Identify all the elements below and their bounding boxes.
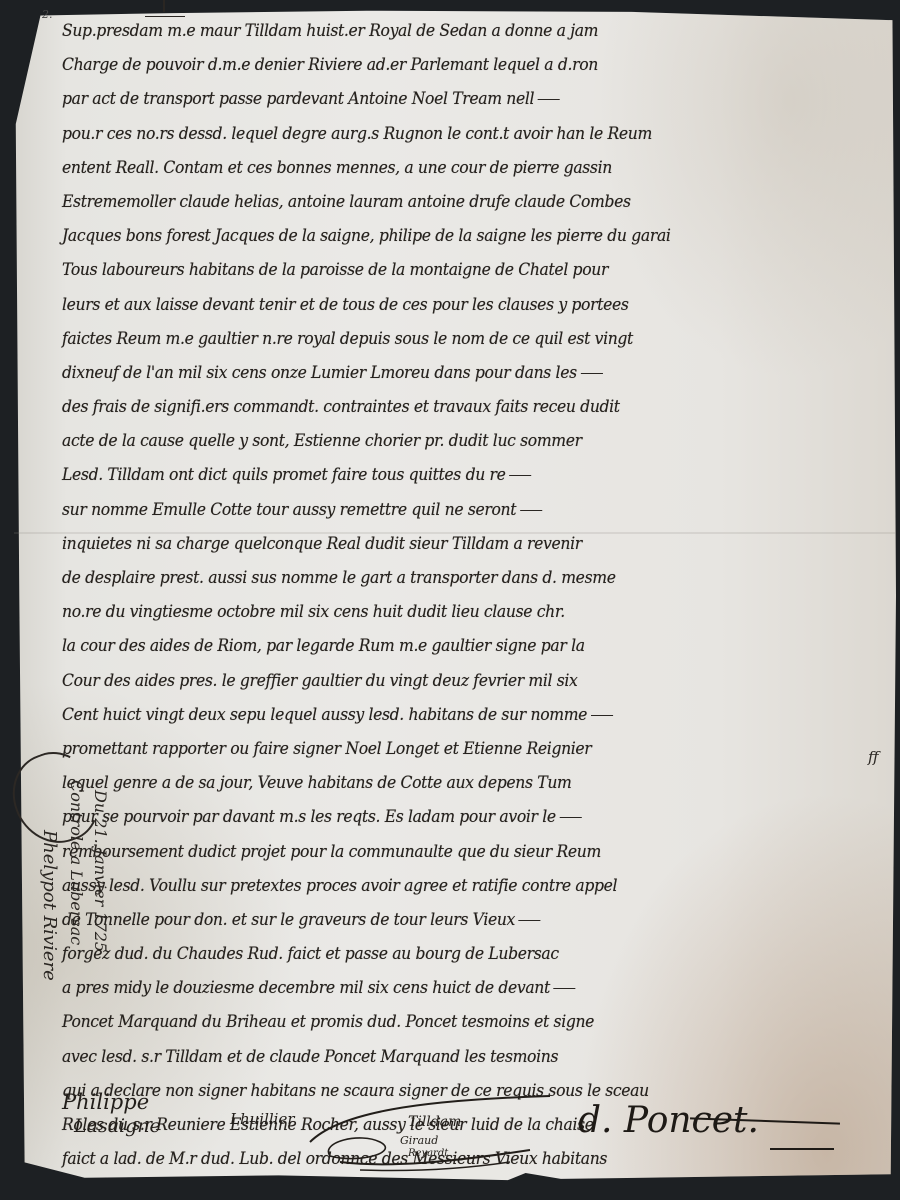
text-line: Charge de pouvoir d.m.e denier Riviere a… — [62, 48, 816, 82]
text-line: Sup.presdam m.e maur Tilldam huist.er Ro… — [62, 14, 816, 48]
text-line: Cour des aides pres. le greffier gaultie… — [62, 664, 816, 698]
text-line: des frais de signifi.ers commandt. contr… — [62, 390, 816, 424]
text-line: remboursement dudict projet pour la comm… — [62, 835, 816, 869]
text-line: sur nomme Emulle Cotte tour aussy remett… — [62, 493, 816, 527]
line-flourish — [580, 373, 602, 374]
text-line: de desplaire prest. aussi sus nomme le g… — [62, 561, 816, 595]
text-line: a pres midy le douziesme decembre mil si… — [62, 971, 816, 1005]
corner-note: 2. — [42, 8, 53, 21]
margin-line: Controle a Lubersac — [67, 780, 86, 945]
signature-flourish: Tilldam Giraud Reyardt — [300, 1092, 560, 1172]
text-line: avec lesd. s.r Tilldam et de claude Ponc… — [62, 1040, 816, 1074]
text-line: faictes Reum m.e gaultier n.re royal dep… — [62, 322, 816, 356]
text-line: lequel genre a de sa jour, Veuve habitan… — [62, 766, 816, 800]
text-line: pour se pourvoir par davant m.s les reqt… — [62, 800, 816, 834]
signature-block: Philippe Lasaigne Lhuillier Tilldam Gira… — [0, 1090, 900, 1200]
margin-line: Du 21. Janvier 1725 — [91, 790, 110, 952]
text-line: promettant rapporter ou faire signer Noe… — [62, 732, 816, 766]
text-line: Cent huict vingt deux sepu lequel aussy … — [62, 698, 816, 732]
text-line: leurs et aux laisse devant tenir et de t… — [62, 288, 816, 322]
text-line: aussy lesd. Voullu sur pretextes proces … — [62, 869, 816, 903]
svg-text:Reyardt: Reyardt — [407, 1148, 449, 1159]
text-line: la cour des aides de Riom, par legarde R… — [62, 629, 816, 663]
svg-text:Tilldam: Tilldam — [408, 1114, 461, 1130]
signature-poncet-underline — [770, 1148, 834, 1150]
page-mark: ff — [868, 748, 879, 766]
text-line: Tous laboureurs habitans de la paroisse … — [62, 253, 816, 287]
text-line: no.re du vingtiesme octobre mil six cens… — [62, 595, 816, 629]
text-line: inquietes ni sa charge quelconque Real d… — [62, 527, 816, 561]
line-flourish — [519, 920, 541, 921]
line-flourish — [559, 817, 581, 818]
text-line: Poncet Marquand du Briheau et promis dud… — [62, 1005, 816, 1039]
margin-annotation: Du 21. Janvier 1725 Controle a Lubersac … — [10, 740, 120, 1070]
document-body: Sup.presdam m.e maur Tilldam huist.er Ro… — [62, 14, 882, 1176]
signature-philippe-lasaigne: Philippe Lasaigne — [62, 1090, 161, 1138]
text-line: acte de la cause quelle y sont, Estienne… — [62, 424, 816, 458]
signature-lhuillier: Lhuillier — [230, 1110, 295, 1128]
line-flourish — [591, 715, 613, 716]
text-line: Jacques bons forest Jacques de la saigne… — [62, 219, 816, 253]
line-flourish — [520, 510, 542, 511]
line-flourish — [554, 988, 576, 989]
line-flourish — [538, 99, 560, 100]
text-line: dixneuf de l'an mil six cens onze Lumier… — [62, 356, 816, 390]
text-line: Lesd. Tilldam ont dict quils promet fair… — [62, 458, 816, 492]
line-flourish — [509, 475, 531, 476]
text-line: forgez dud. du Chaudes Rud. faict et pas… — [62, 937, 816, 971]
text-line: pou.r ces no.rs dessd. lequel degre aurg… — [62, 117, 816, 151]
text-line: de Tonnelle pour don. et sur le graveurs… — [62, 903, 816, 937]
svg-text:Giraud: Giraud — [400, 1134, 438, 1147]
margin-line: Phelypot Riviere — [39, 830, 60, 981]
text-line: par act de transport passe pardevant Ant… — [62, 82, 816, 116]
text-line: entent Reall. Contam et ces bonnes menne… — [62, 151, 816, 185]
text-line: Estrememoller claude helias, antoine lau… — [62, 185, 816, 219]
